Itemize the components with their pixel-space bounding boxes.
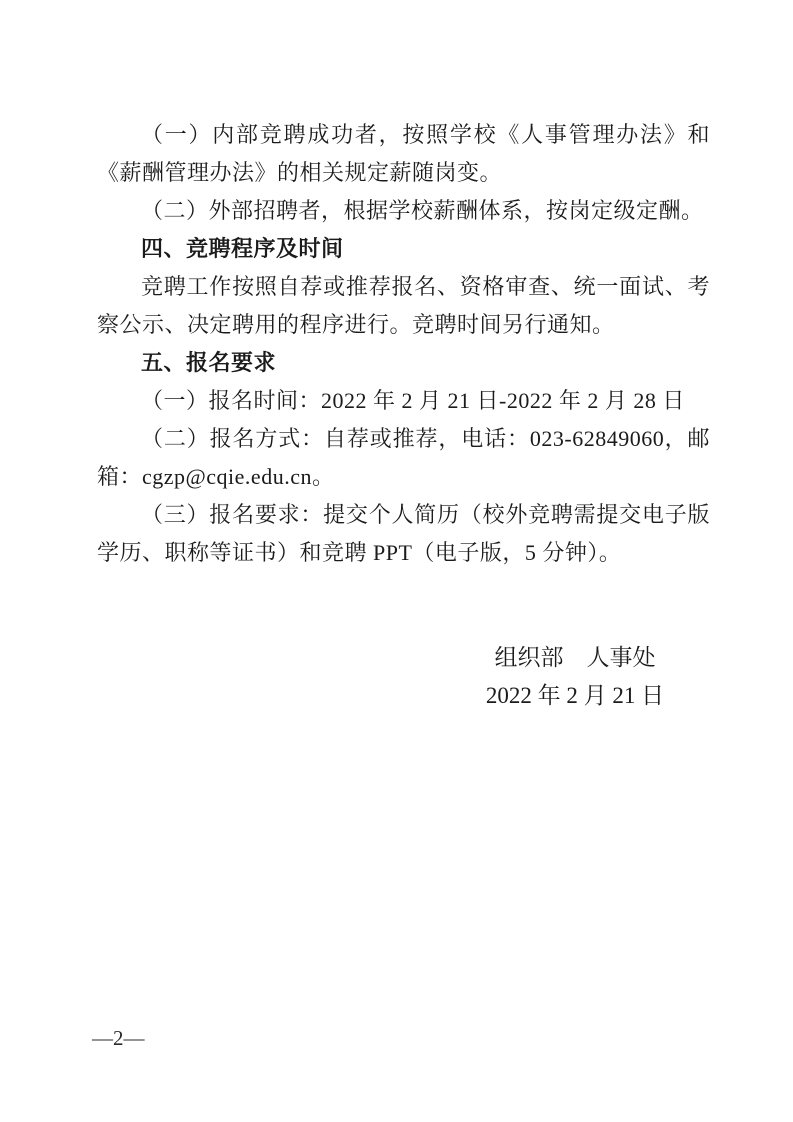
signature-block: 组织部 人事处 2022 年 2 月 21 日 xyxy=(430,639,720,715)
paragraph-external-recruit-salary: （二）外部招聘者，根据学校薪酬体系，按岗定级定酬。 xyxy=(97,192,710,230)
paragraph-registration-time: （一）报名时间：2022 年 2 月 21 日-2022 年 2 月 28 日 xyxy=(97,382,710,420)
signature-issuing-departments: 组织部 人事处 xyxy=(430,639,720,677)
paragraph-registration-method: （二）报名方式：自荐或推荐，电话：023-62849060，邮箱：cgzp@cq… xyxy=(97,420,710,496)
document-page: （一）内部竞聘成功者，按照学校《人事管理办法》和《薪酬管理办法》的相关规定薪随岗… xyxy=(0,0,793,1122)
document-body: （一）内部竞聘成功者，按照学校《人事管理办法》和《薪酬管理办法》的相关规定薪随岗… xyxy=(97,116,710,572)
heading-section-4-procedure-time: 四、竞聘程序及时间 xyxy=(97,230,710,268)
page-number: —2— xyxy=(92,1026,145,1050)
paragraph-internal-competition-salary: （一）内部竞聘成功者，按照学校《人事管理办法》和《薪酬管理办法》的相关规定薪随岗… xyxy=(97,116,710,192)
paragraph-procedure-description: 竞聘工作按照自荐或推荐报名、资格审查、统一面试、考察公示、决定聘用的程序进行。竞… xyxy=(97,268,710,344)
paragraph-registration-materials: （三）报名要求：提交个人简历（校外竞聘需提交电子版学历、职称等证书）和竞聘 PP… xyxy=(97,496,710,572)
heading-section-5-registration-requirements: 五、报名要求 xyxy=(97,344,710,382)
signature-date: 2022 年 2 月 21 日 xyxy=(430,677,720,715)
